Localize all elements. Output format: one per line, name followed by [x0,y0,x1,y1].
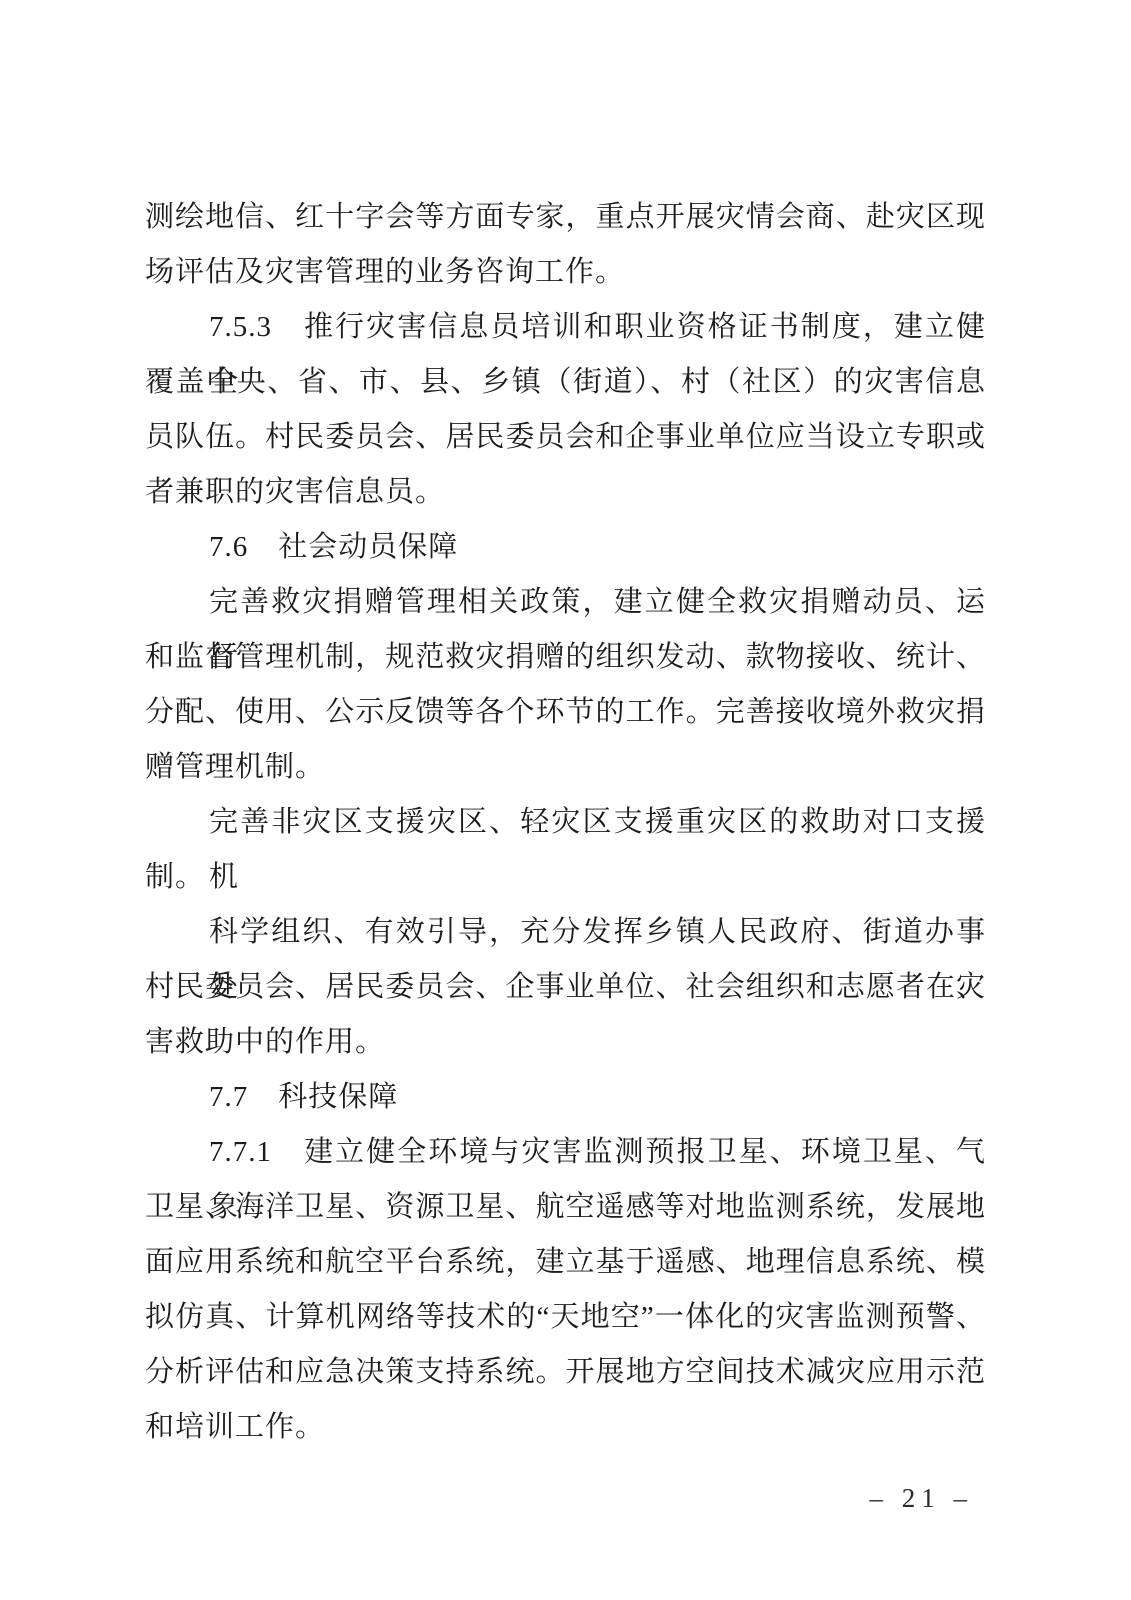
text-line: 赠管理机制。 [145,740,986,795]
document-lines: 测绘地信、红十字会等方面专家，重点开展灾情会商、赴灾区现场评估及灾害管理的业务咨… [145,190,986,1455]
text-line: 卫星、海洋卫星、资源卫星、航空遥感等对地监测系统，发展地 [145,1180,986,1235]
text-line: 拟仿真、计算机网络等技术的“天地空”一体化的灾害监测预警、 [145,1290,986,1345]
text-line: 7.7.1 建立健全环境与灾害监测预报卫星、环境卫星、气象 [145,1125,986,1180]
text-line: 分析评估和应急决策支持系统。开展地方空间技术减灾应用示范 [145,1345,986,1400]
text-line: 完善救灾捐赠管理相关政策，建立健全救灾捐赠动员、运行 [145,575,986,630]
text-line: 害救助中的作用。 [145,1015,986,1070]
text-line: 7.6 社会动员保障 [145,520,986,575]
text-line: 7.5.3 推行灾害信息员培训和职业资格证书制度，建立健全 [145,300,986,355]
text-line: 测绘地信、红十字会等方面专家，重点开展灾情会商、赴灾区现 [145,190,986,245]
text-line: 7.7 科技保障 [145,1070,986,1125]
document-page: 测绘地信、红十字会等方面专家，重点开展灾情会商、赴灾区现场评估及灾害管理的业务咨… [0,0,1131,1600]
text-line: 制。 [145,850,986,905]
text-line: 分配、使用、公示反馈等各个环节的工作。完善接收境外救灾捐 [145,685,986,740]
text-line: 者兼职的灾害信息员。 [145,465,986,520]
text-line: 员队伍。村民委员会、居民委员会和企事业单位应当设立专职或 [145,410,986,465]
text-line: 面应用系统和航空平台系统，建立基于遥感、地理信息系统、模 [145,1235,986,1290]
text-line: 科学组织、有效引导，充分发挥乡镇人民政府、街道办事处、 [145,905,986,960]
text-line: 和监督管理机制，规范救灾捐赠的组织发动、款物接收、统计、 [145,630,986,685]
text-line: 和培训工作。 [145,1400,986,1455]
text-line: 村民委员会、居民委员会、企事业单位、社会组织和志愿者在灾 [145,960,986,1015]
page-number: – 21 – [870,1483,974,1514]
text-line: 覆盖中央、省、市、县、乡镇（街道）、村（社区）的灾害信息 [145,355,986,410]
text-line: 场评估及灾害管理的业务咨询工作。 [145,245,986,300]
text-line: 完善非灾区支援灾区、轻灾区支援重灾区的救助对口支援机 [145,795,986,850]
